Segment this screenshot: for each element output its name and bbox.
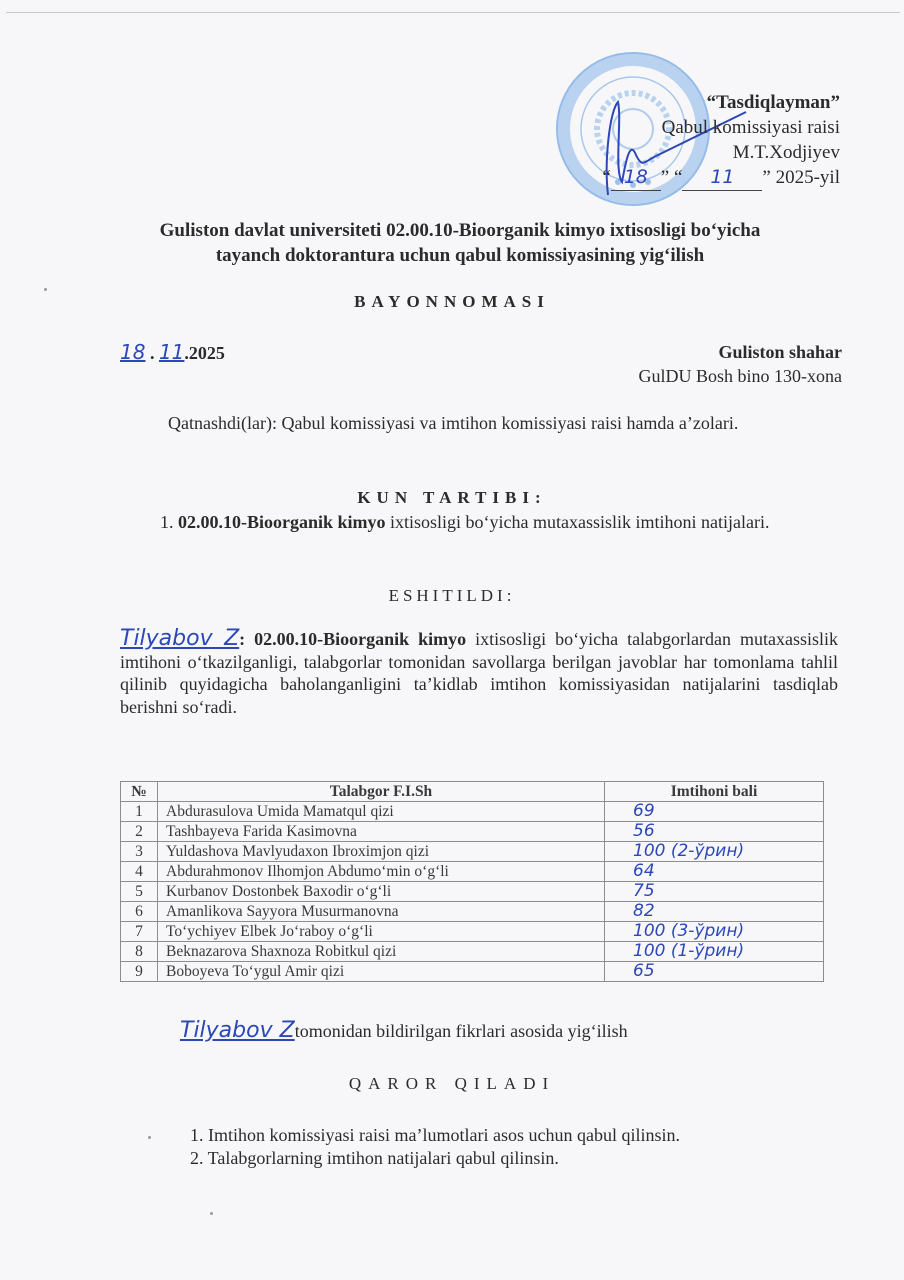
colon: :: [239, 629, 254, 649]
row-number: 7: [121, 922, 158, 942]
row-number: 9: [121, 962, 158, 982]
applicant-name: Abdurahmonov Ilhomjon Abdumo‘min o‘g‘li: [158, 862, 605, 882]
approval-position: Qabul komissiyasi raisi: [602, 115, 840, 140]
agenda-text: ixtisosligi bo‘yicha mutaxassislik imtih…: [386, 512, 770, 532]
speaker-handwritten: Tilyabov Z: [120, 626, 239, 651]
exam-score: 64: [605, 862, 824, 882]
score-value: 100: [633, 841, 665, 861]
scan-speck: [148, 1136, 151, 1139]
scan-speck: [44, 288, 47, 291]
header-score: Imtihoni bali: [605, 782, 824, 802]
room: GulDU Bosh bino 130-xona: [639, 364, 843, 388]
applicant-name: Beknazarova Shaxnoza Robitkul qizi: [158, 942, 605, 962]
row-number: 8: [121, 942, 158, 962]
quote-mid: ” “: [661, 167, 683, 188]
heading-heard: ESHITILDI:: [0, 586, 904, 606]
date-separator: .: [145, 343, 159, 363]
approval-day-handwritten: 18: [611, 165, 661, 191]
score-value: 64: [633, 861, 655, 881]
score-value: 65: [633, 961, 655, 981]
opinion-line: Tilyabov Ztomonidan bildirilgan fikrlari…: [180, 1018, 628, 1043]
row-number: 6: [121, 902, 158, 922]
exam-score: 100 (2-ўрин): [605, 842, 824, 862]
city: Guliston shahar: [639, 340, 843, 364]
table-row: 1Abdurasulova Umida Mamatqul qizi69: [121, 802, 824, 822]
table-row: 4Abdurahmonov Ilhomjon Abdumo‘min o‘g‘li…: [121, 862, 824, 882]
approval-title: “Tasdiqlayman”: [602, 90, 840, 115]
heard-paragraph: Tilyabov Z: 02.00.10-Bioorganik kimyo ix…: [120, 628, 838, 718]
decision-item: 2. Talabgorlarning imtihon natijalari qa…: [190, 1147, 680, 1170]
approval-block: “Tasdiqlayman” Qabul komissiyasi raisi M…: [602, 90, 840, 191]
applicant-name: Amanlikova Sayyora Musurmanovna: [158, 902, 605, 922]
approval-name: M.T.Xodjiyev: [602, 140, 840, 165]
page-edge-divider: [6, 12, 900, 13]
applicant-name: Abdurasulova Umida Mamatqul qizi: [158, 802, 605, 822]
scan-speck: [210, 1212, 213, 1215]
place-note: (2-ўрин): [671, 841, 744, 861]
decision-list: 1. Imtihon komissiyasi raisi ma’lumotlar…: [190, 1124, 680, 1170]
applicant-name: Yuldashova Mavlyudaxon Ibroximjon qizi: [158, 842, 605, 862]
row-number: 1: [121, 802, 158, 822]
place-note: (3-ўрин): [671, 921, 744, 941]
header-number: №: [121, 782, 158, 802]
document-title: Guliston davlat universiteti 02.00.10-Bi…: [100, 218, 820, 268]
table-row: 9Boboyeva To‘ygul Amir qizi65: [121, 962, 824, 982]
document-page: “Tasdiqlayman” Qabul komissiyasi raisi M…: [0, 0, 904, 1280]
table-row: 2Tashbayeva Farida Kasimovna56: [121, 822, 824, 842]
place-note: (1-ўрин): [671, 941, 744, 961]
row-number: 4: [121, 862, 158, 882]
agenda-number: 1.: [160, 512, 178, 532]
exam-score: 82: [605, 902, 824, 922]
exam-score: 75: [605, 882, 824, 902]
meeting-place: Guliston shahar GulDU Bosh bino 130-xona: [639, 340, 843, 388]
table-row: 5Kurbanov Dostonbek Baxodir o‘g‘li75: [121, 882, 824, 902]
approval-month-handwritten: 11: [682, 165, 762, 191]
results-table: № Talabgor F.I.Sh Imtihoni bali 1Abduras…: [120, 781, 824, 982]
score-value: 100: [633, 941, 665, 961]
table-row: 3Yuldashova Mavlyudaxon Ibroximjon qizi1…: [121, 842, 824, 862]
exam-score: 100 (3-ўрин): [605, 922, 824, 942]
exam-score: 69: [605, 802, 824, 822]
opinion-speaker-handwritten: Tilyabov Z: [180, 1018, 295, 1043]
approval-year: ” 2025-yil: [762, 167, 840, 188]
meeting-year: .2025: [184, 343, 225, 363]
meeting-date: 18 . 11.2025: [120, 340, 225, 364]
score-value: 100: [633, 921, 665, 941]
score-value: 75: [633, 881, 655, 901]
table-header-row: № Talabgor F.I.Sh Imtihoni bali: [121, 782, 824, 802]
title-line-1: Guliston davlat universiteti 02.00.10-Bi…: [100, 218, 820, 243]
heading-agenda: KUN TARTIBI:: [0, 488, 904, 508]
score-value: 69: [633, 801, 655, 821]
heading-decision: QAROR QILADI: [0, 1074, 904, 1094]
agenda-specialty: 02.00.10-Bioorganik kimyo: [178, 512, 386, 532]
meeting-month-handwritten: 11: [159, 340, 184, 364]
row-number: 3: [121, 842, 158, 862]
table-row: 7To‘ychiyev Elbek Jo‘raboy o‘g‘li100 (3-…: [121, 922, 824, 942]
opinion-text: tomonidan bildirilgan fikrlari asosida y…: [295, 1021, 628, 1041]
score-value: 56: [633, 821, 655, 841]
score-value: 82: [633, 901, 655, 921]
applicant-name: Tashbayeva Farida Kasimovna: [158, 822, 605, 842]
row-number: 2: [121, 822, 158, 842]
quote-open: “: [602, 167, 610, 188]
approval-date: “18” “11” 2025-yil: [602, 165, 840, 191]
applicant-name: To‘ychiyev Elbek Jo‘raboy o‘g‘li: [158, 922, 605, 942]
heading-bayonnomasi: BAYONNOMASI: [0, 292, 904, 312]
attendees-paragraph: Qatnashdi(lar): Qabul komissiyasi va imt…: [120, 412, 838, 435]
exam-score: 56: [605, 822, 824, 842]
table-row: 6Amanlikova Sayyora Musurmanovna82: [121, 902, 824, 922]
applicant-name: Boboyeva To‘ygul Amir qizi: [158, 962, 605, 982]
agenda-item: 1. 02.00.10-Bioorganik kimyo ixtisosligi…: [120, 511, 838, 534]
exam-score: 65: [605, 962, 824, 982]
meeting-day-handwritten: 18: [120, 340, 145, 364]
header-name: Talabgor F.I.Sh: [158, 782, 605, 802]
title-line-2: tayanch doktorantura uchun qabul komissi…: [100, 243, 820, 268]
table-row: 8Beknazarova Shaxnoza Robitkul qizi100 (…: [121, 942, 824, 962]
decision-item: 1. Imtihon komissiyasi raisi ma’lumotlar…: [190, 1124, 680, 1147]
applicant-name: Kurbanov Dostonbek Baxodir o‘g‘li: [158, 882, 605, 902]
exam-score: 100 (1-ўрин): [605, 942, 824, 962]
heard-specialty: 02.00.10-Bioorganik kimyo: [254, 629, 466, 649]
row-number: 5: [121, 882, 158, 902]
